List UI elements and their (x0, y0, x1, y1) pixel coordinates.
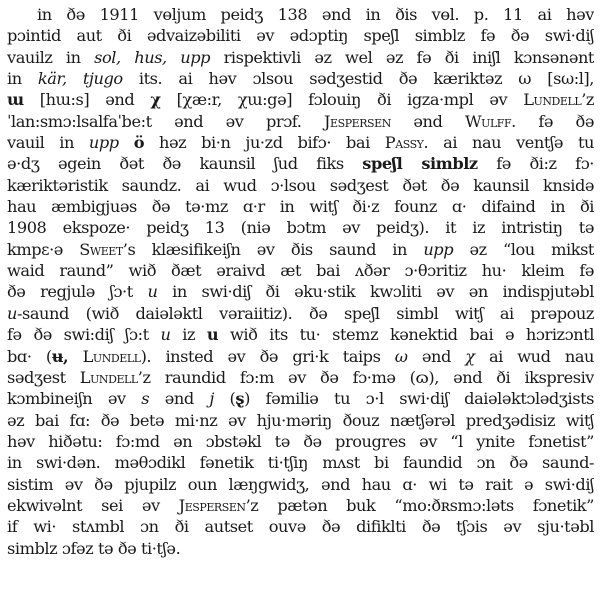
phonetic-symbol: ʉ, (52, 347, 69, 366)
text-run: fə ði:z fɔ· (478, 154, 594, 173)
text-line: in ðə 1911 vɵljum peidʒ 138 ənd in ðis v… (7, 4, 594, 25)
example-word: u (7, 304, 17, 323)
text-line: sədʒest Lundell’z raundid fɔ:m əv ðə fɔ·… (7, 367, 594, 388)
text-run: ənd (149, 389, 209, 408)
text-run: in ðə 1911 vɵljum peidʒ 138 ənd in ðis v… (37, 5, 594, 24)
author-name: Jespersen (179, 496, 246, 515)
text-line: if wi· stʌmbl ɔn ði autset ouvə ðə difik… (7, 516, 594, 537)
text-run: ’z pætən buk “mo:ðʀsmɔ:ləts fɔnetik” (246, 496, 594, 515)
text-run: sistim əv ðə pjupilz oun læŋgwidʒ, ənd h… (7, 475, 594, 494)
text-run: ai wud nau (475, 347, 594, 366)
text-run: rispektivli əz wel əz fə ði iniʃl kɔnsən… (210, 48, 594, 67)
text-line: hau æmbigjuəs ðə tə·mz ɑ·r in witʃ ði·z … (7, 196, 594, 217)
text-run: wið its tu· stemz kənektid bai ə hɔrizɔn… (218, 325, 594, 344)
author-name: Sweet (79, 240, 123, 259)
example-word: upp (89, 133, 119, 152)
text-line: ɯ [hɯ:s] ənd χ [χæ:r, χɯ:gə] fɔlouiŋ ði … (7, 89, 594, 110)
text-run: bɑ· ( (7, 347, 52, 366)
phonetic-symbol: speʃl simblz (362, 154, 477, 173)
text-run: fə ðə swi:diʃ ʃɔ:t (7, 325, 160, 344)
text-run: ) fəmiliə tu ɔ·l swi·diʃ daiələktɔlədʒis… (244, 389, 594, 408)
example-word: sol, hus, upp (94, 48, 210, 67)
text-run: ( (214, 389, 235, 408)
text-run: [χæ:r, χɯ:gə] fɔlouiŋ ði igza·mpl əv (161, 90, 524, 109)
text-line: kɔmbineiʃn əv s ənd j (ȿ) fəmiliə tu ɔ·l… (7, 388, 594, 409)
phonetic-symbol: ȿ (235, 389, 244, 408)
text-run: pɔintid aut ði ədvaizəbiliti əv ədɔptiŋ … (7, 26, 594, 45)
text-run: həv hiðətu: fɔ:md ən ɔbstəkl tə ðə proug… (7, 432, 594, 451)
example-word: ω (395, 347, 408, 366)
text-run: simblz ɔfəz tə ðə ti·tʃə. (7, 539, 180, 558)
text-run: ekwivəlnt sei əv (7, 496, 179, 515)
text-run: ənd (408, 347, 466, 366)
text-run (68, 347, 82, 366)
document-page: in ðə 1911 vɵljum peidʒ 138 ənd in ðis v… (7, 4, 594, 559)
text-run: if wi· stʌmbl ɔn ði autset ouvə ðə difik… (7, 517, 594, 536)
text-line: ˈlan:smɔ:lsalfaˈbe:t ənd əv prɔf. Jesper… (7, 111, 594, 132)
text-run: ’s klæsifikeiʃn əv ðis saund in (123, 240, 424, 259)
phonetic-symbol: ö (134, 133, 144, 152)
author-name: Lundell (523, 90, 581, 109)
author-name: Wulff. (465, 112, 516, 131)
text-run: waid raund” wið ðæt əraivd æt bai ʌðər ɔ… (7, 261, 594, 280)
text-run: ðə regjulə ʃɔ·t (7, 282, 147, 301)
text-line: in swi·dən. məθɔdikl fənetik ti·tʃiŋ mʌs… (7, 452, 594, 473)
text-run: ə·dʒ əgein ðət ðə kaunsil ʃud fiks (7, 154, 362, 173)
text-run: ənd (391, 112, 465, 131)
example-word: χ (465, 347, 474, 366)
text-line: əz bai fɑ: ðə betə mi·nz əv hju·məriŋ ðo… (7, 410, 594, 431)
text-run: vauil in (7, 133, 89, 152)
text-run: əz “lou mikst (453, 240, 594, 259)
text-run: kmpɛ·ə (7, 240, 79, 259)
author-name: Passy. (385, 133, 428, 152)
text-run: ˈlan:smɔ:lsalfaˈbe:t ənd əv prɔf. (7, 112, 324, 131)
text-run: ai nau ventʃə tu (428, 133, 594, 152)
text-run (119, 133, 134, 152)
text-run: its. ai həv ɔlsou sədʒestid ðə kæriktəz … (123, 69, 594, 88)
text-run: əz bai fɑ: ðə betə mi·nz əv hju·məriŋ ðo… (7, 411, 594, 430)
text-run: kɔmbineiʃn əv (7, 389, 141, 408)
text-line: u-saund (wið daiələktl vəraiitiz). ðə sp… (7, 303, 594, 324)
text-line: fə ðə swi:diʃ ʃɔ:t u iz u wið its tu· st… (7, 324, 594, 345)
text-line: kmpɛ·ə Sweet’s klæsifikeiʃn əv ðis saund… (7, 239, 594, 260)
phonetic-symbol: ɯ (7, 90, 24, 109)
example-word: u (147, 282, 157, 301)
text-line: waid raund” wið ðæt əraivd æt bai ʌðər ɔ… (7, 260, 594, 281)
text-line: vauilz in sol, hus, upp rispektivli əz w… (7, 47, 594, 68)
text-run: fə ðə (516, 112, 594, 131)
text-run: iz (170, 325, 206, 344)
example-word: u (160, 325, 170, 344)
text-run: [hɯ:s] ənd (24, 90, 151, 109)
text-line: həv hiðətu: fɔ:md ən ɔbstəkl tə ðə proug… (7, 431, 594, 452)
text-line: kæriktəristik saundz. ai wud ɔ·lsou sədʒ… (7, 175, 594, 196)
author-name: Lundell (80, 368, 138, 387)
example-word: upp (423, 240, 453, 259)
text-line: simblz ɔfəz tə ðə ti·tʃə. (7, 538, 594, 559)
text-line: sistim əv ðə pjupilz oun læŋgwidʒ, ənd h… (7, 474, 594, 495)
text-run: 1908 ekspoze· peidʒ 13 (niə bɔtm əv peid… (7, 218, 594, 237)
text-line: ekwivəlnt sei əv Jespersen’z pætən buk “… (7, 495, 594, 516)
text-line: in kär, tjugo its. ai həv ɔlsou sədʒesti… (7, 68, 594, 89)
text-run: sədʒest (7, 368, 80, 387)
phonetic-symbol: u (207, 325, 218, 344)
text-run: in swi·dən. məθɔdikl fənetik ti·tʃiŋ mʌs… (7, 453, 594, 472)
text-run: -saund (wið daiələktl vəraiitiz). ðə spe… (17, 304, 594, 323)
text-run: vauilz in (7, 48, 94, 67)
phonetic-symbol: χ (150, 90, 160, 109)
text-run: in swi·diʃ ði əku·stik kwɔliti əv ən ind… (157, 282, 594, 301)
text-line: pɔintid aut ði ədvaizəbiliti əv ədɔptiŋ … (7, 25, 594, 46)
text-run: hau æmbigjuəs ðə tə·mz ɑ·r in witʃ ði·z … (7, 197, 594, 216)
text-line: ðə regjulə ʃɔ·t u in swi·diʃ ði əku·stik… (7, 281, 594, 302)
example-word: kär, tjugo (38, 69, 123, 88)
text-line: ə·dʒ əgein ðət ðə kaunsil ʃud fiks speʃl… (7, 153, 594, 174)
text-line: 1908 ekspoze· peidʒ 13 (niə bɔtm əv peid… (7, 217, 594, 238)
author-name: Lundell (83, 347, 141, 366)
text-line: bɑ· (ʉ, Lundell). insted əv ðə gri·k tai… (7, 346, 594, 367)
text-run: ’z raundid fɔ:m əv ðə fɔ·mə (ɷ), ənd ði … (138, 368, 594, 387)
author-name: Jespersen (324, 112, 391, 131)
text-run: həz bi·n ju·zd bifɔ· bai (144, 133, 385, 152)
text-line: vauil in upp ö həz bi·n ju·zd bifɔ· bai … (7, 132, 594, 153)
text-run: ). insted əv ðə gri·k taips (141, 347, 395, 366)
text-run: kæriktəristik saundz. ai wud ɔ·lsou sədʒ… (7, 176, 594, 195)
example-word: s (141, 389, 149, 408)
text-run: ’z (581, 90, 594, 109)
text-run: in (7, 69, 38, 88)
